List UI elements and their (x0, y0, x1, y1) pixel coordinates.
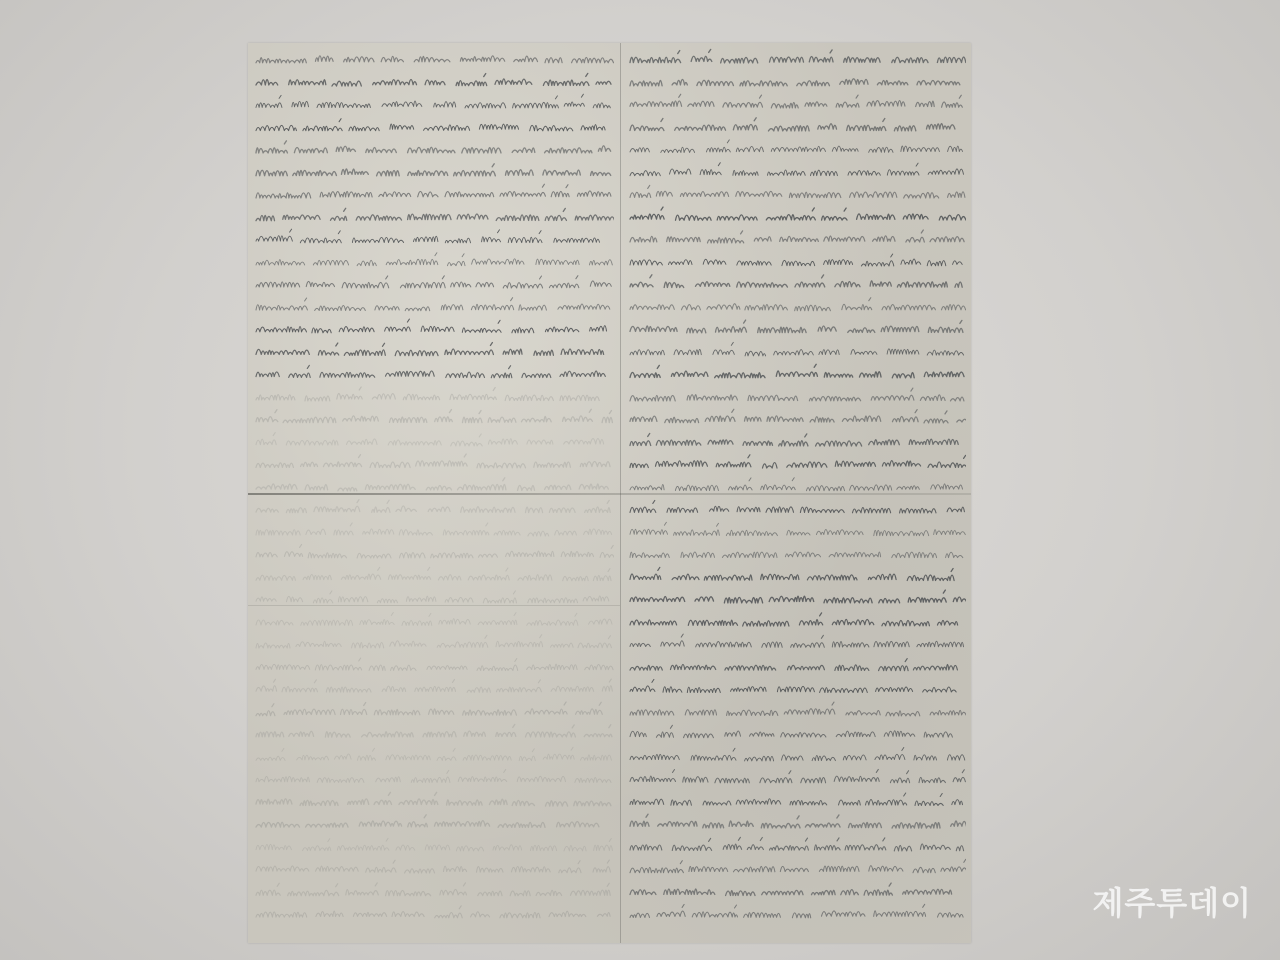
handwriting-stroke-icon (628, 47, 966, 69)
handwriting-stroke-icon (628, 182, 966, 204)
handwriting-stroke-icon (254, 655, 614, 677)
handwritten-line (628, 722, 966, 745)
handwriting-stroke-icon (628, 340, 966, 362)
handwritten-line (254, 430, 614, 453)
handwriting-stroke-icon (254, 812, 614, 834)
handwritten-line (254, 767, 614, 790)
handwritten-line (254, 272, 614, 295)
handwritten-line (254, 610, 614, 633)
handwritten-line (254, 700, 614, 723)
handwritten-line (254, 542, 614, 565)
handwriting-stroke-icon (628, 92, 966, 114)
publisher-watermark: 제주투데이 (1092, 878, 1252, 924)
handwritten-line (628, 767, 966, 790)
handwriting-stroke-icon (254, 677, 614, 699)
handwritten-letter (248, 43, 971, 943)
handwriting-stroke-icon (254, 497, 614, 519)
right-handwriting-column (628, 47, 966, 925)
handwritten-line (254, 205, 614, 228)
handwriting-stroke-icon (254, 430, 614, 452)
handwriting-stroke-icon (628, 452, 966, 474)
handwriting-stroke-icon (254, 362, 614, 384)
handwriting-stroke-icon (628, 902, 966, 924)
handwriting-stroke-icon (254, 857, 614, 879)
handwritten-line (254, 677, 614, 700)
handwriting-stroke-icon (628, 317, 966, 339)
handwritten-line (628, 227, 966, 250)
handwriting-stroke-icon (254, 475, 614, 497)
handwriting-stroke-icon (628, 227, 966, 249)
handwriting-stroke-icon (628, 880, 966, 902)
handwriting-stroke-icon (254, 340, 614, 362)
handwritten-line (628, 497, 966, 520)
handwriting-stroke-icon (628, 767, 966, 789)
handwritten-line (254, 385, 614, 408)
handwritten-line (254, 857, 614, 880)
handwritten-line (628, 565, 966, 588)
handwriting-stroke-icon (628, 655, 966, 677)
handwritten-line (254, 812, 614, 835)
handwriting-stroke-icon (254, 385, 614, 407)
handwriting-stroke-icon (254, 205, 614, 227)
handwritten-line (254, 722, 614, 745)
handwriting-stroke-icon (254, 317, 614, 339)
handwritten-line (628, 745, 966, 768)
handwriting-stroke-icon (628, 385, 966, 407)
handwritten-line (254, 497, 614, 520)
handwriting-stroke-icon (628, 722, 966, 744)
handwritten-line (628, 880, 966, 903)
handwritten-line (628, 160, 966, 183)
handwritten-line (628, 790, 966, 813)
handwriting-stroke-icon (628, 700, 966, 722)
handwritten-line (254, 317, 614, 340)
handwritten-line (628, 47, 966, 70)
handwriting-stroke-icon (254, 700, 614, 722)
handwritten-line (254, 452, 614, 475)
handwriting-stroke-icon (254, 272, 614, 294)
left-handwriting-column (254, 47, 614, 925)
handwritten-line (254, 250, 614, 273)
handwriting-stroke-icon (628, 115, 966, 137)
handwriting-stroke-icon (254, 182, 614, 204)
handwritten-line (254, 160, 614, 183)
handwritten-line (628, 610, 966, 633)
handwriting-stroke-icon (628, 137, 966, 159)
handwritten-line (628, 520, 966, 543)
handwriting-stroke-icon (628, 790, 966, 812)
handwriting-stroke-icon (254, 227, 614, 249)
handwritten-line (254, 565, 614, 588)
handwritten-line (628, 385, 966, 408)
handwriting-stroke-icon (254, 137, 614, 159)
handwritten-line (254, 340, 614, 363)
handwritten-line (254, 655, 614, 678)
handwriting-stroke-icon (254, 835, 614, 857)
handwritten-line (628, 182, 966, 205)
handwritten-line (254, 745, 614, 768)
handwriting-stroke-icon (254, 520, 614, 542)
handwritten-line (628, 70, 966, 93)
handwriting-stroke-icon (628, 565, 966, 587)
handwriting-stroke-icon (628, 362, 966, 384)
handwriting-stroke-icon (254, 250, 614, 272)
handwritten-line (628, 700, 966, 723)
handwritten-line (254, 137, 614, 160)
handwriting-stroke-icon (628, 295, 966, 317)
handwriting-stroke-icon (628, 835, 966, 857)
handwriting-stroke-icon (628, 475, 966, 497)
handwritten-line (628, 92, 966, 115)
handwritten-line (628, 362, 966, 385)
handwritten-line (254, 632, 614, 655)
handwritten-line (628, 317, 966, 340)
handwriting-stroke-icon (254, 767, 614, 789)
handwritten-line (254, 407, 614, 430)
handwriting-stroke-icon (628, 632, 966, 654)
handwritten-line (254, 902, 614, 925)
handwritten-line (628, 677, 966, 700)
handwriting-stroke-icon (628, 610, 966, 632)
handwriting-stroke-icon (628, 430, 966, 452)
handwritten-line (254, 182, 614, 205)
handwritten-line (628, 542, 966, 565)
handwritten-line (628, 430, 966, 453)
handwritten-line (628, 902, 966, 925)
handwriting-stroke-icon (254, 70, 614, 92)
handwriting-stroke-icon (254, 565, 614, 587)
handwritten-line (628, 857, 966, 880)
handwriting-stroke-icon (254, 407, 614, 429)
handwriting-stroke-icon (628, 745, 966, 767)
handwritten-line (254, 835, 614, 858)
handwriting-stroke-icon (628, 542, 966, 564)
handwritten-line (628, 587, 966, 610)
handwriting-stroke-icon (254, 722, 614, 744)
handwriting-stroke-icon (254, 902, 614, 924)
handwritten-line (254, 295, 614, 318)
handwriting-stroke-icon (254, 452, 614, 474)
handwriting-stroke-icon (628, 70, 966, 92)
handwritten-line (254, 47, 614, 70)
handwriting-stroke-icon (628, 812, 966, 834)
handwritten-line (628, 475, 966, 498)
handwriting-stroke-icon (254, 295, 614, 317)
handwriting-stroke-icon (628, 272, 966, 294)
handwriting-stroke-icon (628, 250, 966, 272)
handwritten-line (628, 655, 966, 678)
handwritten-line (628, 250, 966, 273)
handwriting-stroke-icon (628, 407, 966, 429)
handwritten-line (254, 587, 614, 610)
handwritten-line (254, 362, 614, 385)
handwritten-line (628, 137, 966, 160)
handwriting-stroke-icon (254, 610, 614, 632)
handwriting-stroke-icon (254, 632, 614, 654)
handwritten-line (254, 70, 614, 93)
handwritten-line (254, 790, 614, 813)
handwriting-stroke-icon (254, 745, 614, 767)
handwriting-stroke-icon (628, 160, 966, 182)
handwriting-stroke-icon (254, 47, 614, 69)
handwritten-line (628, 272, 966, 295)
handwritten-line (628, 340, 966, 363)
handwritten-line (254, 880, 614, 903)
handwriting-stroke-icon (628, 520, 966, 542)
handwriting-stroke-icon (254, 160, 614, 182)
handwritten-line (254, 227, 614, 250)
handwritten-line (628, 835, 966, 858)
handwritten-line (254, 520, 614, 543)
handwriting-stroke-icon (254, 790, 614, 812)
handwritten-line (628, 407, 966, 430)
handwritten-line (628, 452, 966, 475)
handwritten-line (254, 115, 614, 138)
handwritten-line (628, 115, 966, 138)
handwriting-stroke-icon (254, 880, 614, 902)
handwriting-stroke-icon (628, 587, 966, 609)
handwritten-line (254, 475, 614, 498)
handwriting-stroke-icon (254, 542, 614, 564)
handwriting-stroke-icon (254, 115, 614, 137)
handwritten-line (254, 92, 614, 115)
handwriting-stroke-icon (628, 857, 966, 879)
handwritten-line (628, 295, 966, 318)
handwritten-line (628, 632, 966, 655)
handwriting-stroke-icon (628, 497, 966, 519)
handwritten-line (628, 205, 966, 228)
handwritten-line (628, 812, 966, 835)
handwriting-stroke-icon (628, 205, 966, 227)
handwriting-stroke-icon (628, 677, 966, 699)
handwriting-stroke-icon (254, 587, 614, 609)
handwriting-stroke-icon (254, 92, 614, 114)
